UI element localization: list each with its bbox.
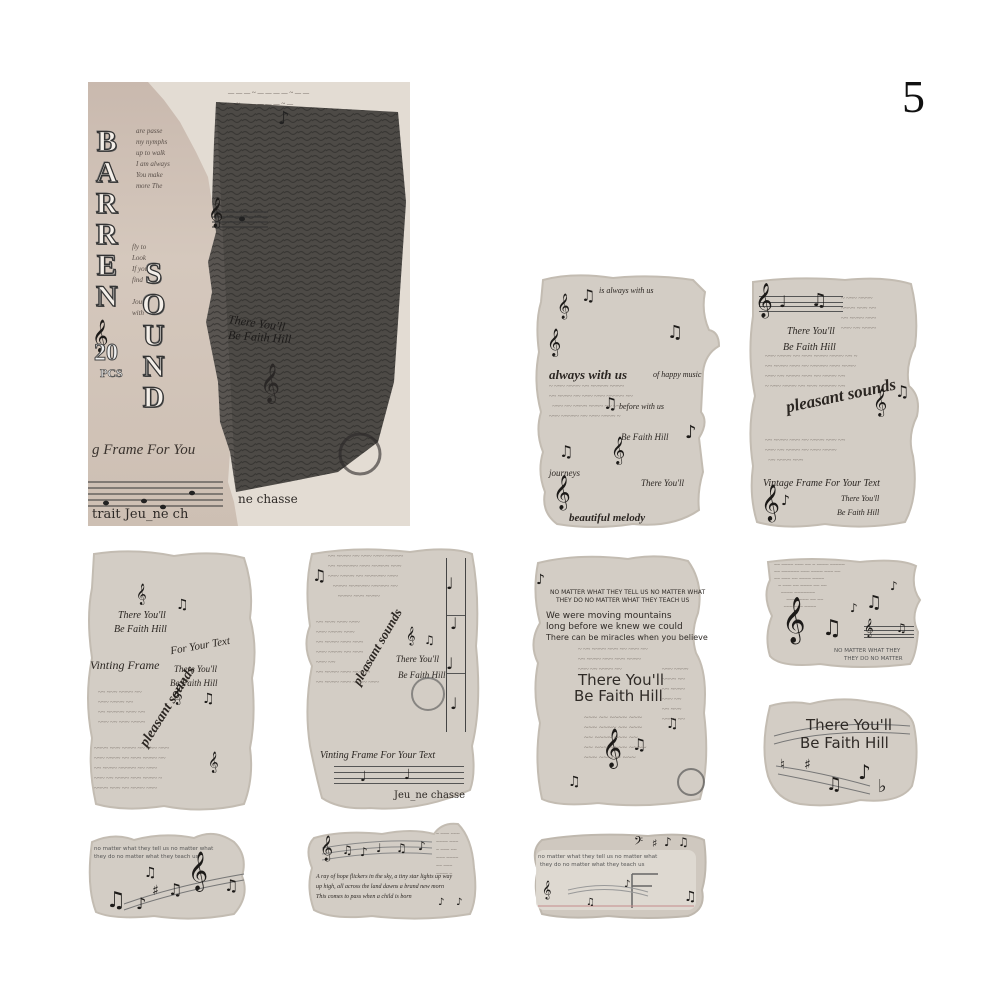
eighth-notes-icon: ♫: [581, 288, 595, 304]
treble-clef-icon: 𝄞: [406, 628, 415, 644]
package-title-barren: B A R R E N: [96, 126, 118, 312]
sticker-text: they do no matter what they teach us: [540, 862, 644, 868]
treble-clef-icon: 𝄞: [761, 486, 780, 518]
sticker-2: 𝄞 ♩ ♫ There You'll Be Faith Hill pleasan…: [745, 276, 923, 530]
sticker-1: 𝄞 ♫ 𝄞 ♫ ♫ ♫ 𝄞 𝄞 ♪ always with us beautif…: [533, 272, 721, 530]
eighth-note-icon: ♪: [858, 762, 871, 782]
treble-clef-icon: 𝄞: [553, 478, 571, 508]
quarter-note-icon: ♩: [450, 616, 458, 632]
sticker-text: There You'll: [641, 478, 684, 488]
sticker-text: Vinting Frame For Your Text: [320, 750, 435, 761]
sticker-9: 𝄞 ♫ ♪ ♩ ♫ ♪ A ray of hope flickers in th…: [302, 818, 482, 922]
quarter-note-icon: ♩: [446, 656, 454, 672]
eighth-note-icon: ♪: [456, 898, 462, 908]
eighth-notes-icon: ♫: [895, 384, 909, 400]
flat-icon: ♭: [878, 778, 887, 796]
quarter-note-icon: ♩: [360, 770, 367, 784]
sticker-8: no matter what they tell us no matter wh…: [84, 826, 250, 922]
treble-clef-icon: 𝄞: [260, 366, 280, 400]
package-cover: are passemy nymphsup to walkI am alwaysY…: [88, 82, 410, 526]
natural-icon: ♮: [780, 758, 785, 772]
image-number-label: 5: [902, 74, 925, 120]
sticker-text: always with us: [549, 367, 627, 383]
eighth-notes-icon: ♫: [568, 775, 581, 789]
sticker-text: This comes to pass when a child is born: [316, 894, 412, 900]
sticker-text: up high, all across the land dawns a bra…: [316, 884, 444, 890]
sticker-text: Jeu_ne chasse: [394, 790, 465, 801]
quarter-note-icon: ♩: [446, 576, 454, 592]
sticker-text: A ray of hope flickers in the sky, a tin…: [316, 874, 452, 880]
sticker-10: 𝄢 ♯ ♪ ♫ no matter what they tell us no m…: [528, 830, 710, 920]
treble-clef-icon: 𝄞: [188, 854, 208, 888]
sticker-7: There You'll Be Faith Hill ♮ ♯ ♫ ♪ ♭: [760, 696, 920, 810]
treble-clef-icon: 𝄞: [782, 600, 806, 640]
eighth-notes-icon: ♫: [866, 594, 882, 612]
eighth-notes-icon: ♫: [202, 692, 215, 706]
sticker-text: We were moving mountains: [546, 611, 672, 621]
treble-clef-icon: 𝄞: [755, 286, 773, 316]
eighth-notes-icon: ♫: [667, 324, 683, 342]
eighth-note-icon: ♪: [418, 840, 426, 852]
treble-clef-icon: 𝄞: [557, 296, 570, 318]
treble-clef-icon: 𝄞: [542, 882, 551, 898]
eighth-note-icon: ♪: [360, 846, 368, 858]
sticker-text: pleasant sounds: [137, 664, 199, 751]
sticker-text: no matter what they tell us no matter wh…: [538, 854, 657, 860]
eighth-note-icon: ♪: [624, 880, 630, 890]
sticker-text: THEY DO NO MATTER WHAT THEY TEACH US: [556, 597, 689, 604]
package-bottom-text: trait Jeu_ne ch: [92, 507, 188, 522]
package-count-unit: PCS: [100, 366, 123, 381]
treble-clef-icon: 𝄞: [208, 754, 219, 772]
package-title-sound: S O U N D: [142, 258, 165, 413]
sticker-4: ♩ ♩ ♩ ♩ ♫ 𝄞 ♫ pleasant sounds There You'…: [300, 546, 484, 814]
eighth-notes-icon: ♫: [224, 878, 238, 894]
sticker-text: Be Faith Hill: [621, 432, 669, 442]
sticker-6: ~~ ~~~~ ~~~ ~~ ~ ~~~~ ~~~~~ ~~ ~~~~~~ ~~…: [760, 556, 922, 670]
quarter-note-icon: ♩: [376, 842, 382, 854]
treble-clef-icon: 𝄞: [208, 200, 223, 226]
sticker-text: For Your Text: [169, 635, 230, 657]
sticker-text: THEY DO NO MATTER: [844, 656, 903, 662]
eighth-notes-icon: ♫: [586, 898, 595, 908]
sharp-icon: ♯: [152, 884, 159, 898]
package-count: 20: [94, 340, 118, 367]
sticker-text: Be Faith Hill: [800, 734, 889, 752]
eighth-notes-icon: ♫: [424, 634, 435, 646]
sticker-text: is always with us: [599, 286, 653, 295]
eighth-notes-icon: ♫: [896, 622, 907, 634]
stamp-circle: [406, 674, 452, 714]
bass-clef-icon: 𝄢: [634, 836, 643, 850]
eighth-notes-icon: ♫: [312, 568, 326, 584]
sticker-text: of happy music: [653, 370, 701, 379]
sticker-text: Be Faith Hill: [114, 624, 167, 635]
package-frame-text: g Frame For You: [92, 442, 195, 459]
sharp-icon: ♯: [652, 838, 657, 849]
sticker-3: 𝄞 ♫ There You'll Be Faith Hill Vinting F…: [84, 548, 258, 814]
eighth-notes-icon: ♫: [811, 292, 827, 310]
package-small-text: are passemy nymphsup to walkI am alwaysY…: [136, 126, 170, 192]
eighth-note-icon: ♪: [136, 896, 146, 912]
eighth-notes-icon: ♫: [559, 444, 573, 460]
sticker-text: beautiful melody: [569, 512, 645, 524]
eighth-note-icon: ♪: [850, 602, 858, 614]
eighth-notes-icon: ♫: [678, 836, 689, 848]
treble-clef-icon: 𝄞: [172, 686, 183, 704]
eighth-notes-icon: ♫: [144, 866, 157, 880]
eighth-note-icon: ♪: [781, 494, 790, 508]
quarter-note-icon: ♩: [779, 294, 787, 310]
sharp-icon: ♯: [804, 758, 811, 772]
package-small-text: — — — ~ — — — — ~ — —— ~ — — — — — ~ —: [228, 88, 403, 110]
sticker-text: they do no matter what they teach us: [94, 854, 198, 860]
treble-clef-icon: 𝄞: [136, 586, 147, 604]
sticker-text: Be Faith Hill: [574, 687, 663, 705]
sticker-text: Vinting Frame: [90, 658, 159, 673]
sticker-text: long before we knew we could: [546, 622, 683, 632]
eighth-notes-icon: ♫: [168, 882, 182, 898]
treble-clef-icon: 𝄞: [547, 330, 561, 354]
music-staff: [334, 766, 464, 784]
treble-clef-icon: 𝄞: [320, 838, 333, 860]
sticker-5: ♪ NO MATTER WHAT THEY TELL US NO MATTER …: [528, 553, 712, 809]
eighth-notes-icon: ♫: [822, 618, 842, 640]
eighth-note-icon: ♪: [536, 573, 545, 587]
sticker-text: There You'll: [118, 610, 166, 621]
sticker-text: journeys: [549, 468, 580, 478]
stamp-circle: [674, 765, 708, 799]
sticker-text: NO MATTER WHAT THEY: [834, 648, 900, 654]
eighth-notes-icon: ♫: [826, 776, 842, 794]
eighth-note-icon: ♪: [664, 836, 672, 848]
eighth-notes-icon: ♫: [342, 844, 353, 856]
eighth-note-icon: ♪: [685, 424, 697, 442]
eighth-note-icon: ♪: [890, 580, 898, 592]
sticker-text: Be Faith Hill: [837, 508, 879, 517]
sticker-text: NO MATTER WHAT THEY TELL US NO MATTER WH…: [550, 589, 705, 596]
eighth-notes-icon: ♫: [106, 890, 126, 912]
quarter-note-icon: ♩: [404, 768, 411, 782]
treble-clef-icon: 𝄞: [864, 620, 873, 636]
eighth-note-icon: ♪: [278, 110, 290, 128]
sticker-text: There You'll: [841, 494, 879, 503]
sticker-text: There You'll: [787, 326, 835, 337]
treble-clef-icon: 𝄞: [873, 390, 887, 414]
eighth-notes-icon: ♫: [684, 890, 697, 904]
package-bottom-text-right: ne chasse: [238, 492, 298, 506]
eighth-note-icon: ♪: [438, 898, 444, 908]
sticker-text: There You'll: [396, 654, 439, 664]
sticker-text: There can be miracles when you believe: [546, 633, 708, 642]
eighth-notes-icon: ♫: [396, 842, 407, 854]
sticker-text: There You'll: [806, 716, 892, 734]
eighth-notes-icon: ♫: [176, 598, 189, 612]
sticker-text: Vintage Frame For Your Text: [763, 478, 880, 489]
